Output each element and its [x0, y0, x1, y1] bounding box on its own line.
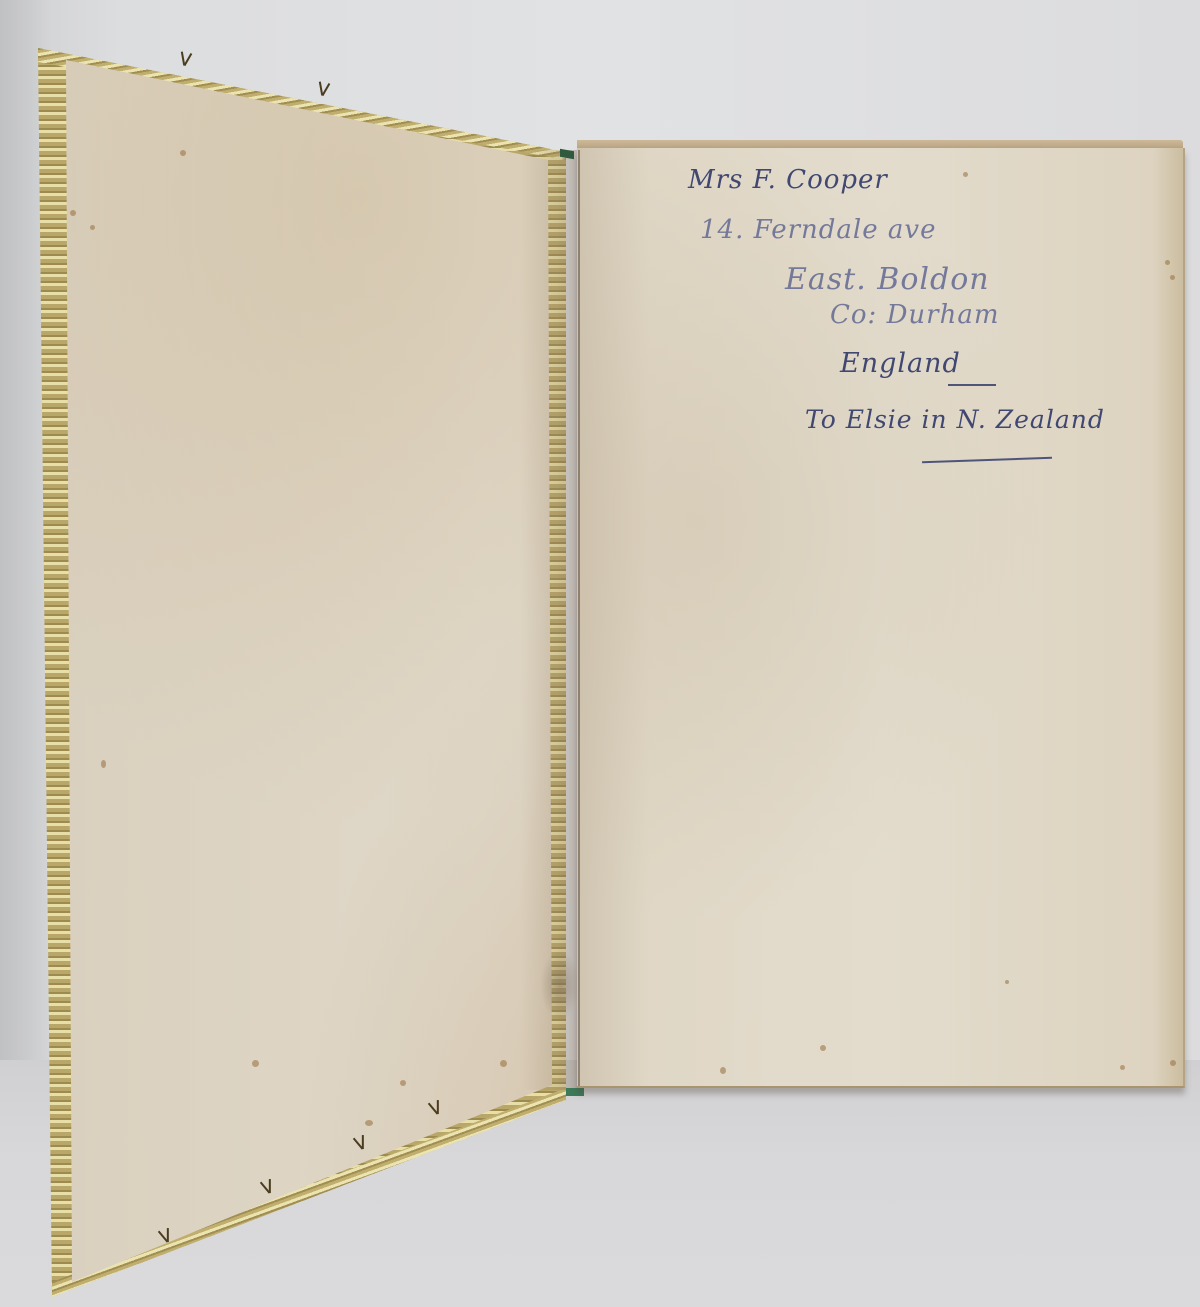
foxing-spot	[70, 210, 76, 216]
inscription-underline	[948, 384, 996, 386]
foxing-spot	[1120, 1065, 1125, 1070]
photo-scene: Mrs F. Cooper 14. Ferndale ave East. Bol…	[0, 0, 1200, 1307]
inscription-line-country: England	[840, 348, 961, 379]
inscription-line-name: Mrs F. Cooper	[688, 165, 888, 195]
foxing-spot	[101, 760, 106, 768]
inscription-line-street: 14. Ferndale ave	[700, 215, 936, 245]
foxing-spot	[963, 172, 968, 177]
foxing-spot	[90, 225, 95, 230]
foxing-spot	[252, 1060, 259, 1067]
foxing-spot	[400, 1080, 406, 1086]
inscription-line-town: East. Boldon	[785, 262, 990, 297]
foxing-spot	[365, 1120, 373, 1126]
spine-cloth-bottom	[566, 1088, 584, 1096]
foxing-spot	[1170, 1060, 1176, 1066]
inscription-line-dedication: To Elsie in N. Zealand	[805, 405, 1105, 434]
foxing-spot	[1005, 980, 1009, 984]
foxing-spot	[1165, 260, 1170, 265]
foxing-spot	[720, 1067, 726, 1074]
inscription-line-county: Co: Durham	[830, 300, 1000, 330]
foxing-spot	[500, 1060, 507, 1067]
right-page-top-edge	[577, 140, 1183, 148]
foxing-spot	[820, 1045, 826, 1051]
foxing-spot	[180, 150, 186, 156]
gutter-stain	[540, 950, 580, 1020]
foxing-spot	[1170, 275, 1175, 280]
gutter-shadow	[520, 150, 580, 1090]
page-fold-line	[578, 150, 580, 1086]
